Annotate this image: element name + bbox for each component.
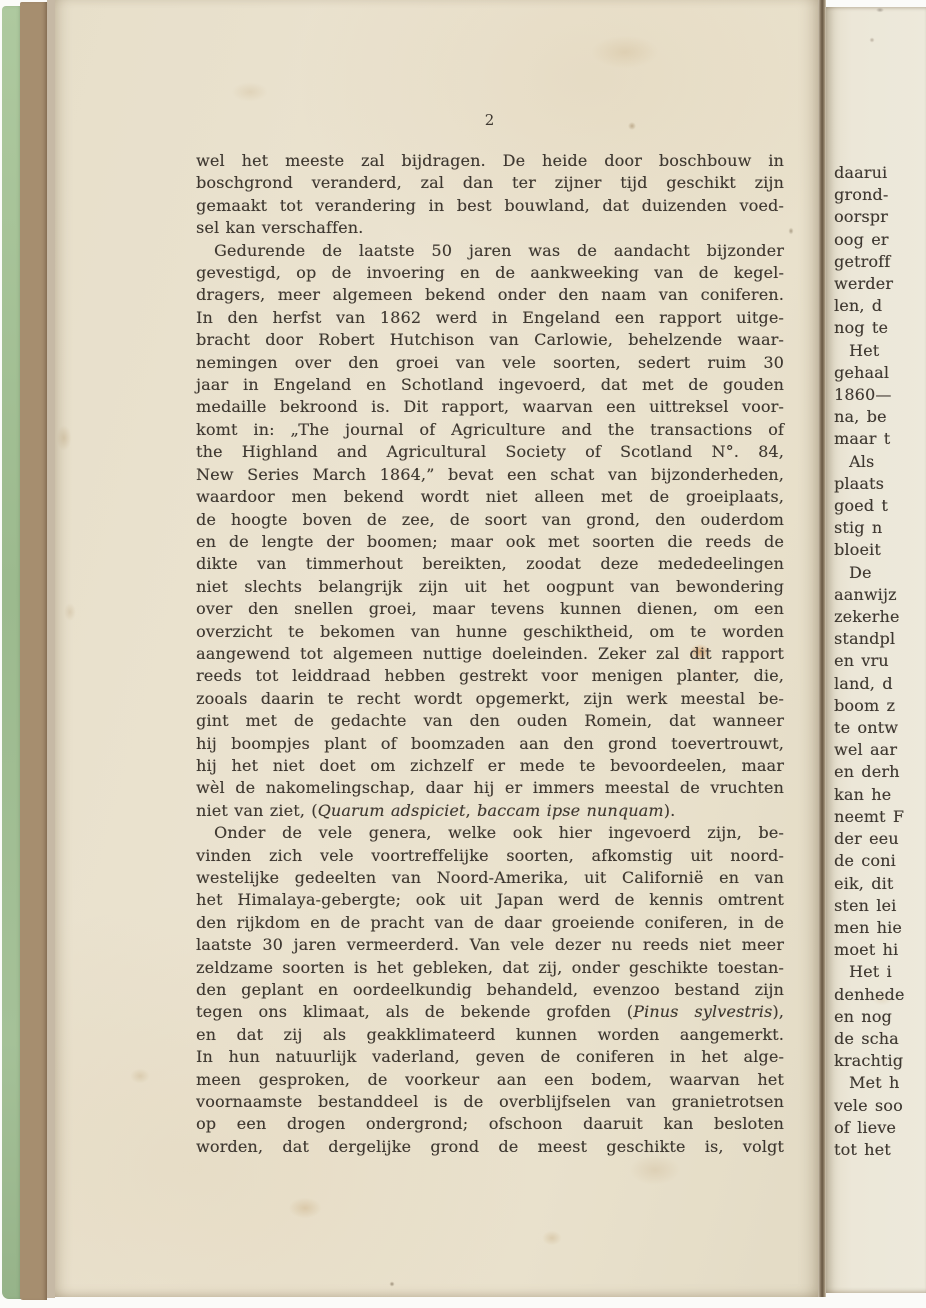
text-line: vele soo [834,1095,926,1117]
text-line: zekerhe [834,606,926,628]
text-line: maar t [834,428,926,450]
page-number: 2 [196,111,784,129]
text-line: len, d [834,295,926,317]
text-line: the Highland and Agricultural Society of… [196,441,784,463]
text-line: tot het [834,1139,926,1161]
text-line: westelijke gedeelten van Noord-Amerika, … [196,867,784,889]
text-line: standpl [834,628,926,650]
text-line: boschgrond veranderd, zal dan ter zijner… [196,172,784,194]
text-line: niet van ziet, (Quarum adspiciet, baccam… [196,800,784,822]
text-line: werder [834,273,926,295]
text-line: krachtig [834,1050,926,1072]
text-line: en vru [834,650,926,672]
text-line: aanwijz [834,584,926,606]
text-line: boom z [834,695,926,717]
text-line: en nog [834,1006,926,1028]
text-line: men hie [834,917,926,939]
text-line: zeldzame soorten is het gebleken, dat zi… [196,957,784,979]
text-line: neemt F [834,806,926,828]
text-line: wel het meeste zal bijdragen. De heide d… [196,150,784,172]
text-line: Gedurende de laatste 50 jaren was de aan… [196,240,784,262]
book-spine-brown-edge [20,2,47,1300]
text-line: daarui [834,162,926,184]
text-line: bracht door Robert Hutchison van Carlowi… [196,329,784,351]
text-line: moet hi [834,939,926,961]
page-stack-edge [47,0,55,1298]
text-line: der eeu [834,828,926,850]
text-line: jaar in Engeland en Schotland ingevoerd,… [196,374,784,396]
text-line: laatste 30 jaren vermeerderd. Van vele d… [196,934,784,956]
text-line: na, be [834,406,926,428]
text-line: de hoogte boven de zee, de soort van gro… [196,509,784,531]
text-line: stig n [834,517,926,539]
text-line: en derh [834,761,926,783]
text-line: gemaakt tot verandering in best bouwland… [196,195,784,217]
text-line: land, d [834,673,926,695]
text-line: gehaal [834,362,926,384]
right-page-text-fragments: daaruigrond-oorsproog ergetroffwerderlen… [834,162,926,1161]
text-line: niet slechts belangrijk zijn uit het oog… [196,576,784,598]
text-line: oorspr [834,206,926,228]
text-line: aangewend tot algemeen nuttige doeleinde… [196,643,784,665]
text-line: komt in: „The journal of Agriculture and… [196,419,784,441]
text-line: sel kan verschaffen. [196,217,784,239]
text-line: In den herfst van 1862 werd in Engeland … [196,307,784,329]
text-line: bloeit [834,539,926,561]
text-line: getroff [834,251,926,273]
text-line: nog te [834,317,926,339]
text-line: dragers, meer algemeen bekend onder den … [196,284,784,306]
text-line: De [834,562,926,584]
text-line: tegen ons klimaat, als de bekende grofde… [196,1001,784,1023]
text-line: en de lengte der boomen; maar ook met so… [196,531,784,553]
text-line: eik, dit [834,873,926,895]
text-line: de scha [834,1028,926,1050]
text-line: kan he [834,784,926,806]
text-line: oog er [834,229,926,251]
text-line: reeds tot leiddraad hebben gestrekt voor… [196,665,784,687]
text-line: wèl de nakomelingschap, daar hij er imme… [196,777,784,799]
book-cover-green-edge [2,6,22,1299]
text-line: Onder de vele genera, welke ook hier ing… [196,822,784,844]
text-line: den rijkdom en de pracht van de daar gro… [196,912,784,934]
text-line: op een drogen ondergrond; ofschoon daaru… [196,1113,784,1135]
text-line: nemingen over den groei van vele soorten… [196,352,784,374]
text-line: het Himalaya-gebergte; ook uit Japan wer… [196,889,784,911]
text-line: te ontw [834,717,926,739]
text-line: overzicht te bekomen van hunne geschikth… [196,621,784,643]
text-line: grond- [834,184,926,206]
text-line: waardoor men bekend wordt niet alleen me… [196,486,784,508]
text-line: voornaamste bestanddeel is de overblijfs… [196,1091,784,1113]
text-line: hij boompjes plant of boomzaden aan den … [196,733,784,755]
text-line: New Series March 1864,” bevat een schat … [196,464,784,486]
text-line: meen gesproken, de voorkeur aan een bode… [196,1069,784,1091]
text-line: de coni [834,850,926,872]
text-line: dikte van timmerhout bereikten, zoodat d… [196,553,784,575]
text-line: den geplant en oordeelkundig behandeld, … [196,979,784,1001]
text-line: of lieve [834,1117,926,1139]
text-line: In hun natuurlijk vaderland, geven de co… [196,1046,784,1068]
text-line: zooals daarin te recht wordt opgemerkt, … [196,688,784,710]
text-line: medaille bekroond is. Dit rapport, waarv… [196,396,784,418]
text-line: Met h [834,1072,926,1094]
page-gutter [818,0,826,1297]
text-line: wel aar [834,739,926,761]
text-line: plaats [834,473,926,495]
text-line: en dat zij als geakklimateerd kunnen wor… [196,1024,784,1046]
text-line: worden, dat dergelijke grond de meest ge… [196,1136,784,1158]
text-line: gint met de gedachte van den ouden Romei… [196,710,784,732]
text-line: vinden zich vele voortreffelijke soorten… [196,845,784,867]
text-line: Het i [834,961,926,983]
text-line: sten lei [834,895,926,917]
text-line: 1860— [834,384,926,406]
text-line: denhede [834,984,926,1006]
text-line: hij het niet doet om zichzelf er mede te… [196,755,784,777]
text-line: goed t [834,495,926,517]
text-line: Het [834,340,926,362]
left-page-text-block: wel het meeste zal bijdragen. De heide d… [196,150,784,1158]
text-line: Als [834,451,926,473]
scanned-book-photo: 2 wel het meeste zal bijdragen. De heide… [0,0,926,1308]
text-line: gevestigd, op de invoering en de aankwee… [196,262,784,284]
text-line: over den snellen groei, maar tevens kunn… [196,598,784,620]
